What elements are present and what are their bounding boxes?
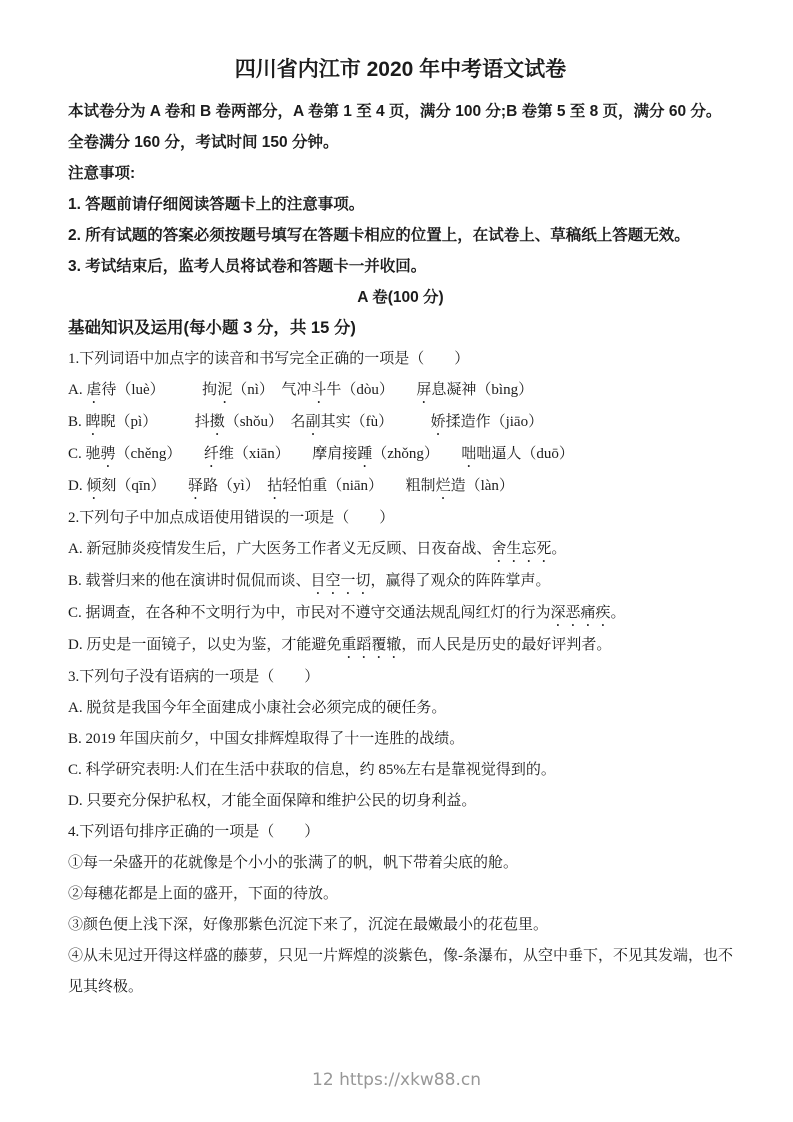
notice-item-1: 1. 答题前请仔细阅读答题卡上的注意事项。 — [68, 189, 733, 220]
question-4-stem: 4.下列语句排序正确的一项是（ ） — [68, 817, 733, 848]
question-3-option-a: A. 脱贫是我国今年全面建成小康社会必须完成的硬任务。 — [68, 693, 733, 724]
question-4-sentence-3: ③颜色便上浅下深，好像那紫色沉淀下来了，沉淀在最嫩最小的花苞里。 — [68, 910, 733, 941]
exam-page: 四川省内江市 2020 年中考语文试卷 本试卷分为 A 卷和 B 卷两部分，A … — [0, 0, 793, 1122]
question-4-sentence-1: ①每一朵盛开的花就像是个小小的张满了的帆，帆下带着尖底的舱。 — [68, 848, 733, 879]
question-3-option-c: C. 科学研究表明:人们在生活中获取的信息，约 85%左右是靠视觉得到的。 — [68, 755, 733, 786]
question-2-option-a: A. 新冠肺炎疫情发生后，广大医务工作者义无反顾、日夜奋战、舍生忘死。 — [68, 534, 733, 566]
intro-line-1: 本试卷分为 A 卷和 B 卷两部分，A 卷第 1 至 4 页，满分 100 分;… — [68, 96, 733, 127]
question-3-option-b: B. 2019 年国庆前夕，中国女排辉煌取得了十一连胜的战绩。 — [68, 724, 733, 755]
question-2-option-d: D. 历史是一面镜子，以史为鉴，才能避免重蹈覆辙，而人民是历史的最好评判者。 — [68, 630, 733, 662]
question-1-option-d: D. 倾刻（qīn） 驿路（yì） 拈轻怕重（niān） 粗制烂造（làn） — [68, 471, 733, 503]
notice-item-2: 2. 所有试题的答案必须按题号填写在答题卡相应的位置上，在试卷上、草稿纸上答题无… — [68, 220, 733, 251]
page-title: 四川省内江市 2020 年中考语文试卷 — [68, 54, 733, 86]
notice-item-3: 3. 考试结束后，监考人员将试卷和答题卡一并收回。 — [68, 251, 733, 282]
section-a-heading: A 卷(100 分) — [68, 282, 733, 313]
question-2-option-c: C. 据调查，在各种不文明行为中，市民对不遵守交通法规乱闯红灯的行为深恶痛疾。 — [68, 598, 733, 630]
question-2-stem: 2.下列句子中加点成语使用错误的一项是（ ） — [68, 503, 733, 534]
question-1-stem: 1.下列词语中加点字的读音和书写完全正确的一项是（ ） — [68, 344, 733, 375]
question-4-sentence-4: ④从未见过开得这样盛的藤萝，只见一片辉煌的淡紫色，像-条瀑布，从空中垂下，不见其… — [68, 941, 733, 1003]
question-1-option-c: C. 驰骋（chěng） 纤维（xiān） 摩肩接踵（zhǒng） 咄咄逼人（d… — [68, 439, 733, 471]
section-subheading: 基础知识及运用(每小题 3 分，共 15 分) — [68, 313, 733, 344]
footer-watermark: 12 https://xkw88.cn — [0, 1070, 793, 1090]
question-3-option-d: D. 只要充分保护私权，才能全面保障和维护公民的切身利益。 — [68, 786, 733, 817]
intro-line-2: 全卷满分 160 分，考试时间 150 分钟。 — [68, 127, 733, 158]
question-2-option-b: B. 载誉归来的他在演讲时侃侃而谈、目空一切，赢得了观众的阵阵掌声。 — [68, 566, 733, 598]
question-4-sentence-2: ②每穗花都是上面的盛开，下面的待放。 — [68, 879, 733, 910]
question-1-option-b: B. 睥睨（pì） 抖擞（shǒu） 名副其实（fù） 娇揉造作（jiāo） — [68, 407, 733, 439]
question-1-option-a: A. 虐待（luè） 拘泥（nì） 气冲斗牛（dòu） 屏息凝神（bìng） — [68, 375, 733, 407]
notice-heading: 注意事项: — [68, 158, 733, 189]
question-3-stem: 3.下列句子没有语病的一项是（ ） — [68, 662, 733, 693]
